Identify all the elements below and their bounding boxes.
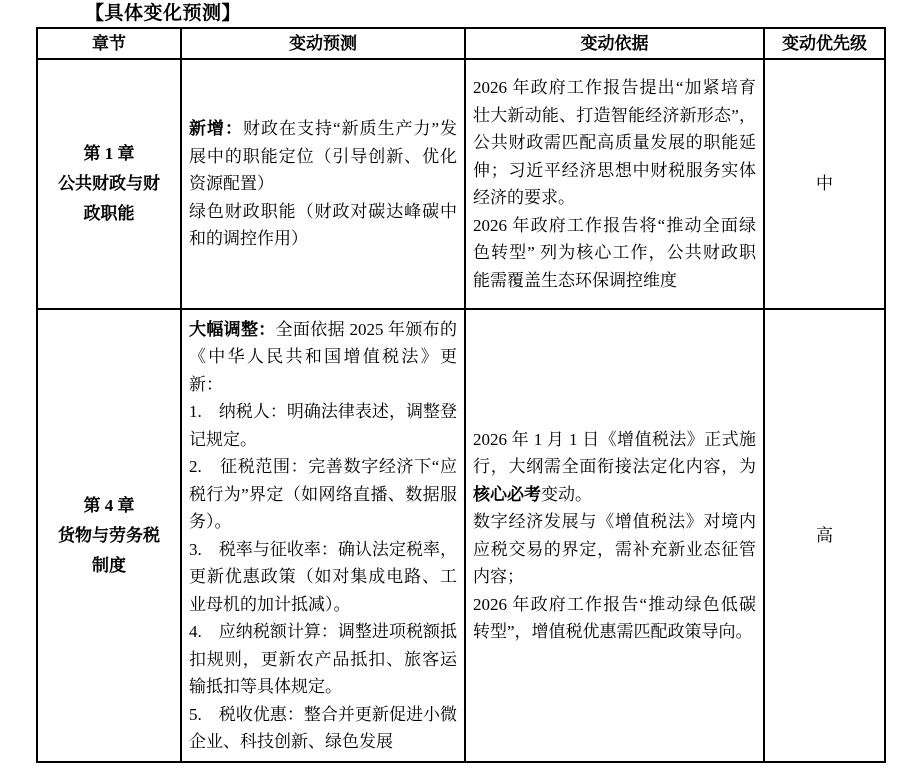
- text-segment: 变动。: [541, 485, 592, 504]
- bold-text-segment: 大幅调整：: [189, 320, 276, 339]
- text-segment: 5. 税收优惠：整合并更新促进小微企业、科技创新、绿色发展: [189, 705, 457, 752]
- prediction-cell-paragraph: 5. 税收优惠：整合并更新促进小微企业、科技创新、绿色发展: [189, 701, 457, 756]
- text-segment: 2026 年 1 月 1 日《增值税法》正式施行，大纲需全面衔接法定化内容，为: [473, 430, 756, 477]
- text-segment: 2. 征税范围：完善数字经济下“应税行为”界定（如网络直播、数据服务）。: [189, 457, 457, 531]
- prediction-cell-paragraph: 2. 征税范围：完善数字经济下“应税行为”界定（如网络直播、数据服务）。: [189, 453, 457, 536]
- priority-cell: 中: [764, 59, 885, 309]
- basis-cell-paragraph: 2026 年政府工作报告将“推动全面绿色转型” 列为核心工作，公共财政职能需覆盖…: [473, 212, 756, 295]
- prediction-cell-paragraph: 4. 应纳税额计算：调整进项税额抵扣规则，更新农产品抵扣、旅客运输抵扣等具体规定…: [189, 618, 457, 701]
- document-page: 【具体变化预测】 章节变动预测变动依据变动优先级 第 1 章 公共财政与财 政职…: [0, 2, 923, 763]
- basis-cell-paragraph: 2026 年 1 月 1 日《增值税法》正式施行，大纲需全面衔接法定化内容，为核…: [473, 426, 756, 509]
- table-header-row: 章节变动预测变动依据变动优先级: [37, 28, 885, 59]
- text-segment: 3. 税率与征收率：确认法定税率，更新优惠政策（如对集成电路、工业母机的加计抵减…: [189, 540, 457, 614]
- basis-cell-paragraph: 数字经济发展与《增值税法》对境内应税交易的界定，需补充新业态征管内容；: [473, 508, 756, 591]
- bold-text-segment: 核心必考: [473, 485, 541, 504]
- prediction-cell: 新增：财政在支持“新质生产力”发展中的职能定位（引导创新、优化资源配置）绿色财政…: [181, 59, 465, 309]
- basis-cell: 2026 年 1 月 1 日《增值税法》正式施行，大纲需全面衔接法定化内容，为核…: [465, 309, 764, 762]
- prediction-cell: 大幅调整：全面依据 2025 年颁布的《中华人民共和国增值税法》更新：1. 纳税…: [181, 309, 465, 762]
- column-header-0: 章节: [37, 28, 181, 59]
- text-segment: 4. 应纳税额计算：调整进项税额抵扣规则，更新农产品抵扣、旅客运输抵扣等具体规定…: [189, 622, 457, 696]
- basis-cell-paragraph: 2026 年政府工作报告提出“加紧培育壮大新动能、打造智能经济新形态”，公共财政…: [473, 74, 756, 212]
- basis-cell: 2026 年政府工作报告提出“加紧培育壮大新动能、打造智能经济新形态”，公共财政…: [465, 59, 764, 309]
- column-header-1: 变动预测: [181, 28, 465, 59]
- section-title: 【具体变化预测】: [85, 2, 923, 25]
- text-segment: 2026 年政府工作报告“推动绿色低碳转型”，增值税优惠需匹配政策导向。: [473, 595, 756, 642]
- table-body: 第 1 章 公共财政与财 政职能新增：财政在支持“新质生产力”发展中的职能定位（…: [37, 59, 885, 762]
- column-header-2: 变动依据: [465, 28, 764, 59]
- prediction-cell-paragraph: 绿色财政职能（财政对碳达峰碳中和的调控作用）: [189, 198, 457, 253]
- basis-cell-paragraph: 2026 年政府工作报告“推动绿色低碳转型”，增值税优惠需匹配政策导向。: [473, 591, 756, 646]
- text-segment: 绿色财政职能（财政对碳达峰碳中和的调控作用）: [189, 202, 457, 249]
- prediction-cell-paragraph: 新增：财政在支持“新质生产力”发展中的职能定位（引导创新、优化资源配置）: [189, 115, 457, 198]
- prediction-table: 章节变动预测变动依据变动优先级 第 1 章 公共财政与财 政职能新增：财政在支持…: [36, 27, 886, 763]
- column-header-3: 变动优先级: [764, 28, 885, 59]
- table-head: 章节变动预测变动依据变动优先级: [37, 28, 885, 59]
- text-segment: 2026 年政府工作报告将“推动全面绿色转型” 列为核心工作，公共财政职能需覆盖…: [473, 216, 756, 290]
- chapter-cell: 第 1 章 公共财政与财 政职能: [37, 59, 181, 309]
- table-row: 第 1 章 公共财政与财 政职能新增：财政在支持“新质生产力”发展中的职能定位（…: [37, 59, 885, 309]
- bold-text-segment: 新增：: [189, 119, 243, 138]
- priority-cell: 高: [764, 309, 885, 762]
- prediction-cell-paragraph: 3. 税率与征收率：确认法定税率，更新优惠政策（如对集成电路、工业母机的加计抵减…: [189, 536, 457, 619]
- text-segment: 1. 纳税人：明确法律表述，调整登记规定。: [189, 402, 457, 449]
- text-segment: 数字经济发展与《增值税法》对境内应税交易的界定，需补充新业态征管内容；: [473, 512, 756, 586]
- chapter-cell: 第 4 章 货物与劳务税 制度: [37, 309, 181, 762]
- prediction-cell-paragraph: 1. 纳税人：明确法律表述，调整登记规定。: [189, 398, 457, 453]
- table-row: 第 4 章 货物与劳务税 制度大幅调整：全面依据 2025 年颁布的《中华人民共…: [37, 309, 885, 762]
- text-segment: 2026 年政府工作报告提出“加紧培育壮大新动能、打造智能经济新形态”，公共财政…: [473, 78, 756, 207]
- prediction-cell-paragraph: 大幅调整：全面依据 2025 年颁布的《中华人民共和国增值税法》更新：: [189, 316, 457, 399]
